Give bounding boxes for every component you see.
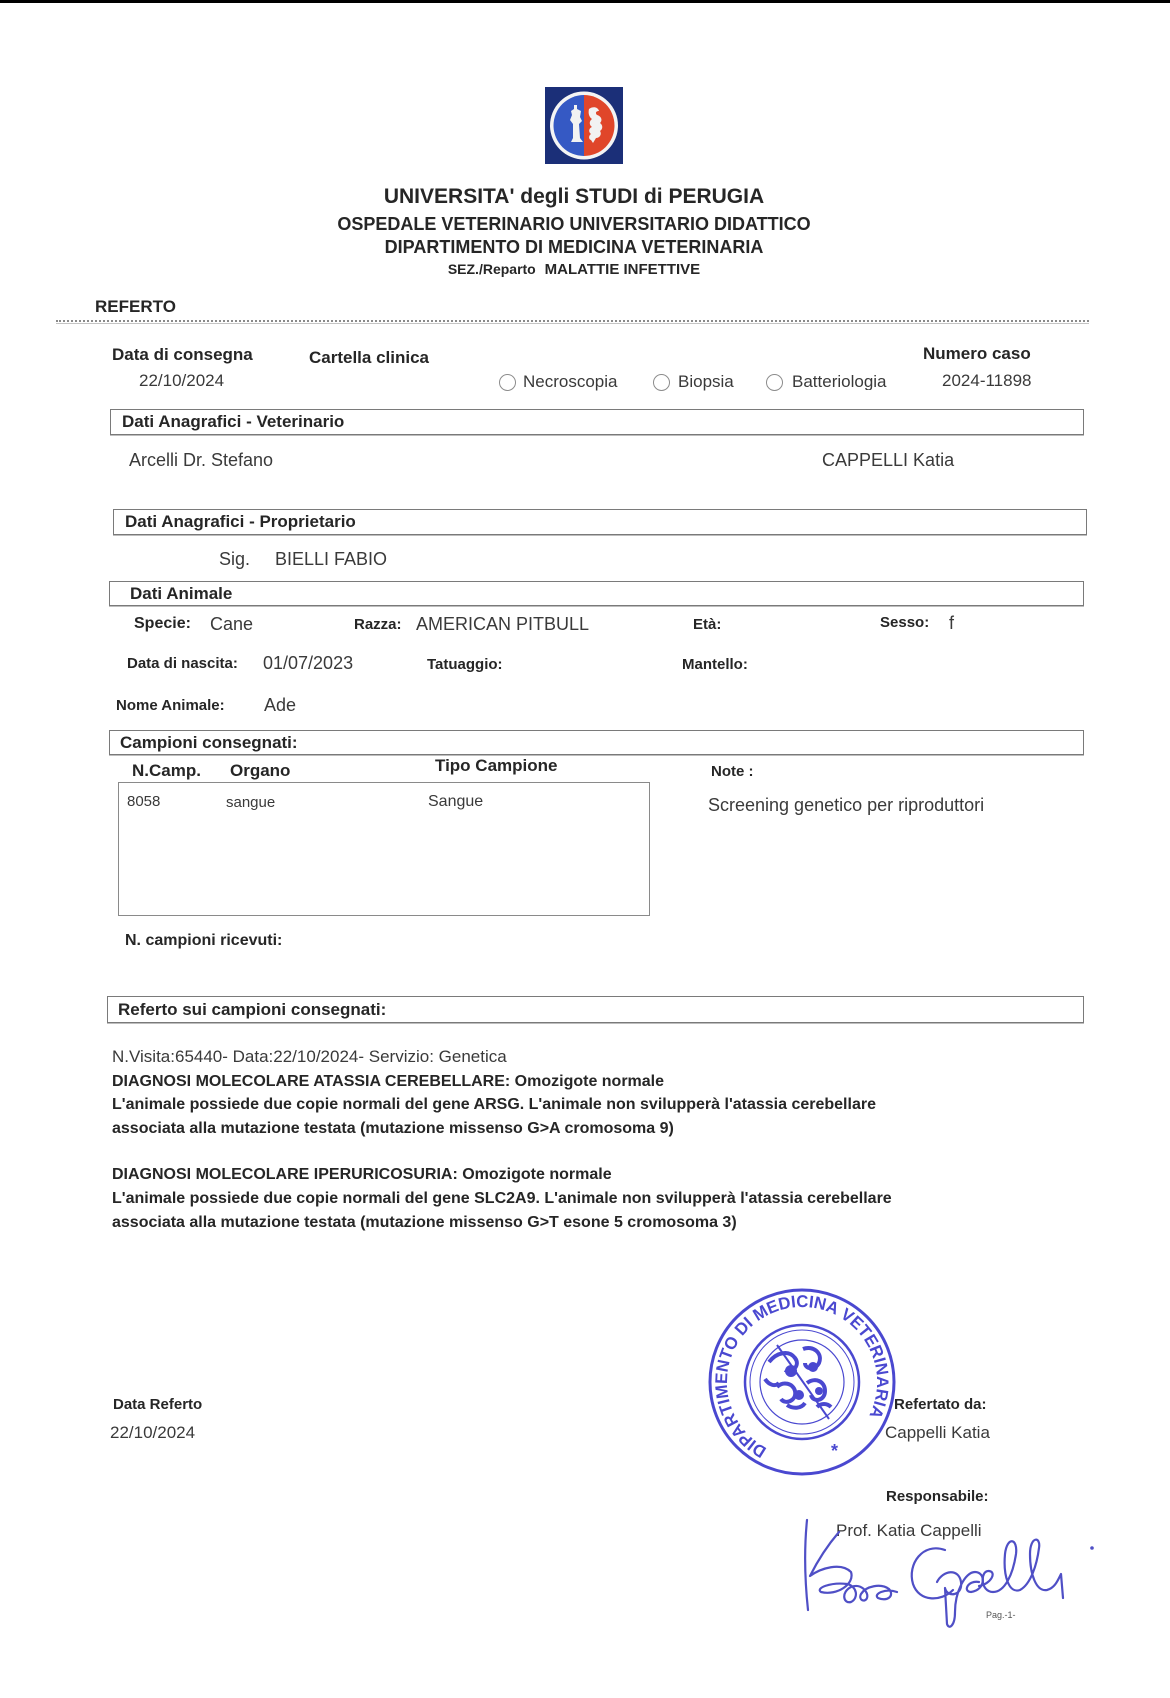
header-divider-underline	[56, 323, 1089, 324]
clinical-record-label: Cartella clinica	[309, 349, 429, 366]
owner-name: BIELLI FABIO	[275, 550, 387, 568]
breed-value: AMERICAN PITBULL	[416, 615, 589, 633]
radio-label-necroscopia: Necroscopia	[523, 373, 618, 390]
radio-batteriologia	[766, 374, 783, 391]
column-header-organ: Organo	[230, 762, 290, 779]
samples-table	[118, 782, 650, 916]
owner-title: Sig.	[219, 550, 250, 568]
radio-biopsia	[653, 374, 670, 391]
veterinarian-contact: CAPPELLI Katia	[822, 451, 954, 469]
column-header-number: N.Camp.	[132, 762, 201, 779]
handwritten-signature-icon	[795, 1510, 1105, 1635]
section-label: SEZ./Reparto	[448, 261, 536, 277]
sample-organ: sangue	[226, 795, 275, 810]
section-value: MALATTIE INFETTIVE	[545, 261, 701, 278]
diagnosis-text: associata alla mutazione testata (mutazi…	[112, 1121, 674, 1137]
university-name: UNIVERSITA' degli STUDI di PERUGIA	[0, 186, 1148, 207]
section-line: SEZ./Reparto MALATTIE INFETTIVE	[0, 262, 1148, 278]
department-name: DIPARTIMENTO DI MEDICINA VETERINARIA	[0, 238, 1148, 256]
animal-name-value: Ade	[264, 696, 296, 714]
veterinarian-name: Arcelli Dr. Stefano	[129, 451, 273, 469]
animal-section-title: Dati Animale	[130, 585, 232, 602]
report-section-title: Referto sui campioni consegnati:	[118, 1001, 386, 1018]
diagnosis-text: associata alla mutazione testata (mutazi…	[112, 1215, 737, 1231]
department-stamp-icon: DIPARTIMENTO DI MEDICINA VETERINARIA *	[707, 1287, 897, 1477]
document-type: REFERTO	[95, 298, 176, 315]
reported-by-name: Cappelli Katia	[885, 1424, 990, 1441]
radio-label-batteriologia: Batteriologia	[792, 373, 896, 390]
animal-section-box	[109, 581, 1084, 606]
diagnosis-title: DIAGNOSI MOLECOLARE ATASSIA CEREBELLARE:…	[112, 1074, 664, 1090]
column-header-type: Tipo Campione	[435, 757, 557, 774]
diagnosis-text: L'animale possiede due copie normali del…	[112, 1097, 876, 1113]
tattoo-label: Tatuaggio:	[427, 657, 503, 672]
breed-label: Razza:	[354, 617, 402, 632]
age-label: Età:	[693, 617, 721, 632]
svg-text:*: *	[831, 1441, 838, 1461]
sample-type: Sangue	[428, 794, 483, 810]
samples-received-label: N. campioni ricevuti:	[125, 933, 282, 949]
top-edge-rule	[0, 0, 1170, 3]
birth-date-value: 01/07/2023	[263, 654, 353, 672]
species-value: Cane	[210, 615, 253, 633]
svg-text:DIPARTIMENTO DI MEDICINA VETER: DIPARTIMENTO DI MEDICINA VETERINARIA	[712, 1292, 892, 1461]
reported-by-label: Refertato da:	[894, 1397, 987, 1412]
radio-label-biopsia: Biopsia	[678, 373, 734, 390]
report-date-label: Data Referto	[113, 1397, 202, 1412]
diagnosis-text: L'animale possiede due copie normali del…	[112, 1191, 892, 1207]
sex-value: f	[949, 614, 954, 632]
university-logo-icon	[545, 87, 623, 164]
delivery-date-label: Data di consegna	[112, 346, 253, 363]
case-number-label: Numero caso	[923, 345, 1031, 362]
radio-necroscopia	[499, 374, 516, 391]
birth-date-label: Data di nascita:	[127, 656, 238, 671]
header-divider	[56, 320, 1089, 322]
sex-label: Sesso:	[880, 615, 929, 630]
hospital-name: OSPEDALE VETERINARIO UNIVERSITARIO DIDAT…	[0, 215, 1148, 233]
case-number: 2024-11898	[942, 372, 1032, 389]
diagnosis-title: DIAGNOSI MOLECOLARE IPERURICOSURIA: Omoz…	[112, 1167, 612, 1183]
page-number: Pag.-1-	[986, 1611, 1016, 1620]
veterinarian-section-title: Dati Anagrafici - Veterinario	[122, 413, 344, 430]
notes-label: Note :	[711, 764, 754, 779]
delivery-date: 22/10/2024	[139, 372, 224, 389]
animal-name-label: Nome Animale:	[116, 698, 225, 713]
responsible-label: Responsabile:	[886, 1489, 989, 1504]
visit-line: N.Visita:65440- Data:22/10/2024- Servizi…	[112, 1048, 507, 1065]
report-date: 22/10/2024	[110, 1424, 195, 1441]
species-label: Specie:	[134, 616, 191, 632]
sample-number: 8058	[127, 794, 160, 809]
owner-section-title: Dati Anagrafici - Proprietario	[125, 513, 356, 530]
samples-section-title: Campioni consegnati:	[120, 734, 298, 751]
notes-value: Screening genetico per riproduttori	[708, 796, 984, 814]
coat-label: Mantello:	[682, 657, 748, 672]
